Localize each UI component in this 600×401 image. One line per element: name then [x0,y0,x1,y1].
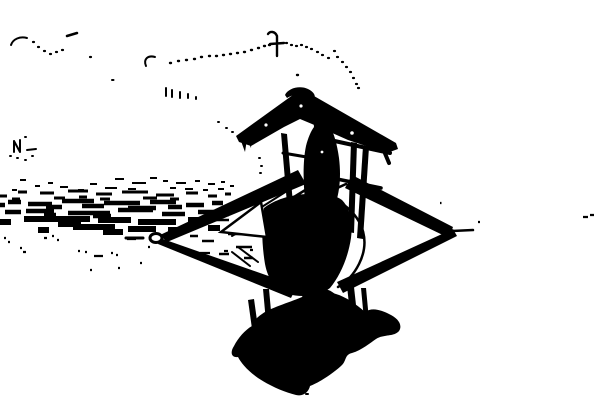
roof-highlight-speck-2 [299,104,302,107]
artwork-figure [0,0,600,401]
figure-highlight-speck [321,151,324,154]
ink-drawing-canvas [0,0,600,401]
roof-highlight-speck-3 [350,131,354,135]
roof-highlight-speck-1 [264,123,267,126]
bow-loop-eyelet [150,234,162,243]
stern-tail-dash [452,230,473,231]
